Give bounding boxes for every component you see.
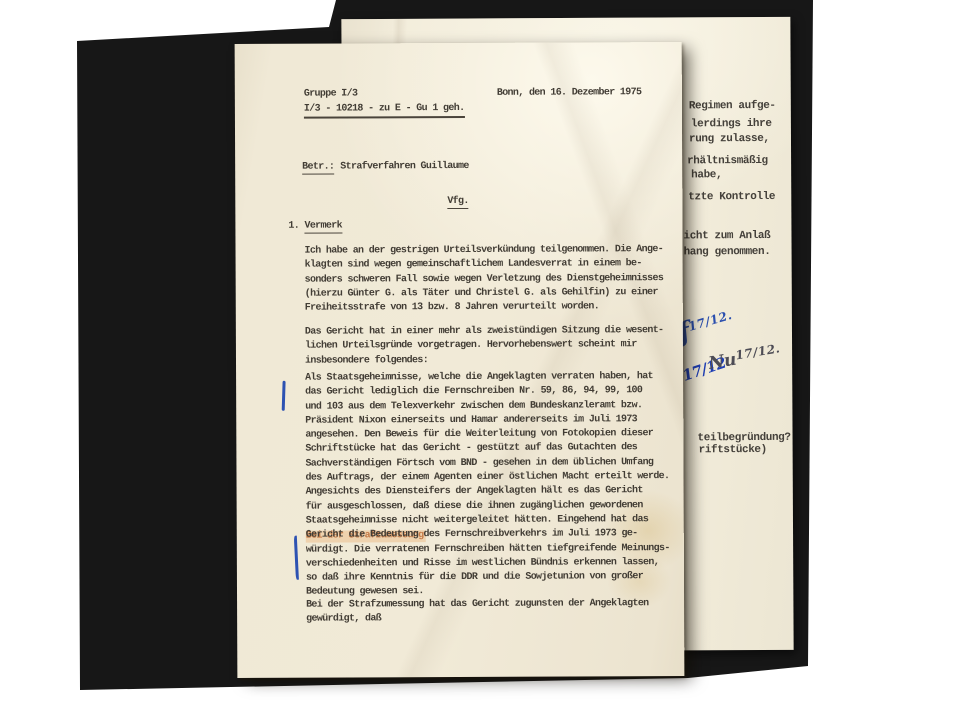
typed-line-fragment: habe, bbox=[691, 169, 722, 181]
typed-line-fragment: teilbegründung? bbox=[698, 432, 791, 444]
typed-line-fragment: lerdings ihre bbox=[691, 118, 772, 130]
paragraph: Bei der Strafzumessung hat das Gericht z… bbox=[306, 597, 649, 627]
letterhead-place-date: Bonn, den 16. Dezember 1975 bbox=[497, 86, 642, 101]
blue-margin-mark bbox=[282, 381, 285, 411]
document-scan: Regimen aufge- lerdings ihre rung zulass… bbox=[0, 0, 957, 701]
typed-line-fragment: riftstücke) bbox=[699, 444, 767, 456]
blue-margin-mark bbox=[294, 536, 299, 580]
typed-line: angesehen. Den Beweis für die Weiterleit… bbox=[305, 427, 669, 443]
typed-line-fragment: rung zulasse, bbox=[689, 133, 770, 145]
typed-line: verschiedenheiten und Risse im westliche… bbox=[306, 556, 670, 572]
typed-line-fragment: hang genommen. bbox=[684, 246, 771, 258]
typed-line: Ich habe an der gestrigen Urteilsverkünd… bbox=[304, 243, 663, 259]
typed-line: Freiheitsstrafe von 13 bzw. 8 Jahren ver… bbox=[305, 300, 664, 316]
letterhead-group: Gruppe I/3 bbox=[304, 87, 358, 102]
reference-text: I/3 - 10218 - zu E - Gu 1 geh. bbox=[304, 103, 465, 119]
typed-line: und 103 aus dem Telexverkehr zwischen de… bbox=[305, 399, 669, 415]
item-number: 1. bbox=[288, 221, 299, 232]
typed-line: gewürdigt, daß bbox=[306, 611, 649, 627]
handwritten-date: 17/12. bbox=[735, 341, 782, 362]
paragraph: Ich habe an der gestrigen Urteilsverkünd… bbox=[304, 243, 663, 316]
typed-line: insbesondere folgendes: bbox=[305, 353, 664, 369]
typed-line: (hierzu Günter G. als Täter und Christel… bbox=[305, 286, 664, 302]
subject-line: Betr.:Strafverfahren Guillaume bbox=[302, 160, 469, 175]
typed-line: Angesichts des Diensteifers der Angeklag… bbox=[306, 484, 670, 500]
typed-line: Präsident Nixon einerseits und Hamar and… bbox=[305, 413, 669, 429]
typed-line: sonders schweren Fall sowie wegen Verlet… bbox=[305, 272, 664, 288]
typed-line: Staatsgeheimnisse nicht weitergeleitet h… bbox=[306, 513, 670, 529]
typed-line: für ausgeschlossen, daß diese die ihnen … bbox=[306, 499, 670, 515]
typed-line-fragment: rhältnismäßig bbox=[687, 155, 768, 167]
typed-line: Als Staatsgeheimnisse, welche die Angekl… bbox=[305, 370, 669, 386]
typed-line: Schriftstücke hat das Gericht - gestützt… bbox=[305, 442, 669, 458]
paragraph: Als Staatsgeheimnisse, welche die Angekl… bbox=[305, 370, 670, 600]
typed-line: das Gericht lediglich die Fernschreiben … bbox=[305, 384, 669, 400]
front-page: Gruppe I/3 Bonn, den 16. Dezember 1975 I… bbox=[235, 42, 685, 678]
typed-line: so daß ihre Kenntnis für die DDR und die… bbox=[306, 570, 670, 586]
disposition-heading: Vfg. bbox=[447, 195, 468, 209]
item-title: Vermerk bbox=[304, 221, 342, 234]
typed-line: Das Gericht hat in einer mehr als zweist… bbox=[305, 324, 664, 340]
typed-line-fragment: tzte Kontrolle bbox=[688, 191, 775, 203]
handwritten-initials: Nu17/12. bbox=[707, 341, 782, 373]
typed-line: klagten sind wegen gemeinschaftlichem La… bbox=[305, 257, 664, 273]
typed-line: Bei der Strafzumessung hat das Gericht z… bbox=[306, 597, 649, 613]
handwritten-date: 17/12. bbox=[687, 308, 734, 334]
subject-label: Betr.: bbox=[302, 162, 334, 175]
item-heading: 1. Vermerk bbox=[288, 220, 342, 235]
subject-text: Strafverfahren Guillaume bbox=[340, 161, 468, 173]
typed-line: würdigt. Die verratenen Fernschreiben hä… bbox=[306, 542, 670, 558]
typed-line: Gericht die Bedeutung des Fernschreibver… bbox=[306, 527, 670, 543]
paragraph: Das Gericht hat in einer mehr als zweist… bbox=[305, 324, 664, 368]
typed-line: des Auftrags, der einem Agenten einer ös… bbox=[305, 470, 669, 486]
typed-line: Sachverständigen Förtsch vom BND - geseh… bbox=[305, 456, 669, 472]
handwritten-initials: ƒ17/12. bbox=[676, 308, 736, 346]
reference-number: I/3 - 10218 - zu E - Gu 1 geh. bbox=[304, 102, 465, 117]
typed-line: lichen Urteilsgründe vorgetragen. Hervor… bbox=[305, 338, 664, 354]
typed-line-fragment: Regimen aufge- bbox=[689, 100, 776, 112]
typed-line-fragment: icht zum Anlaß bbox=[683, 230, 770, 242]
paraph-flourish: Nu bbox=[707, 350, 738, 374]
disposition-text: Vfg. bbox=[447, 196, 468, 209]
